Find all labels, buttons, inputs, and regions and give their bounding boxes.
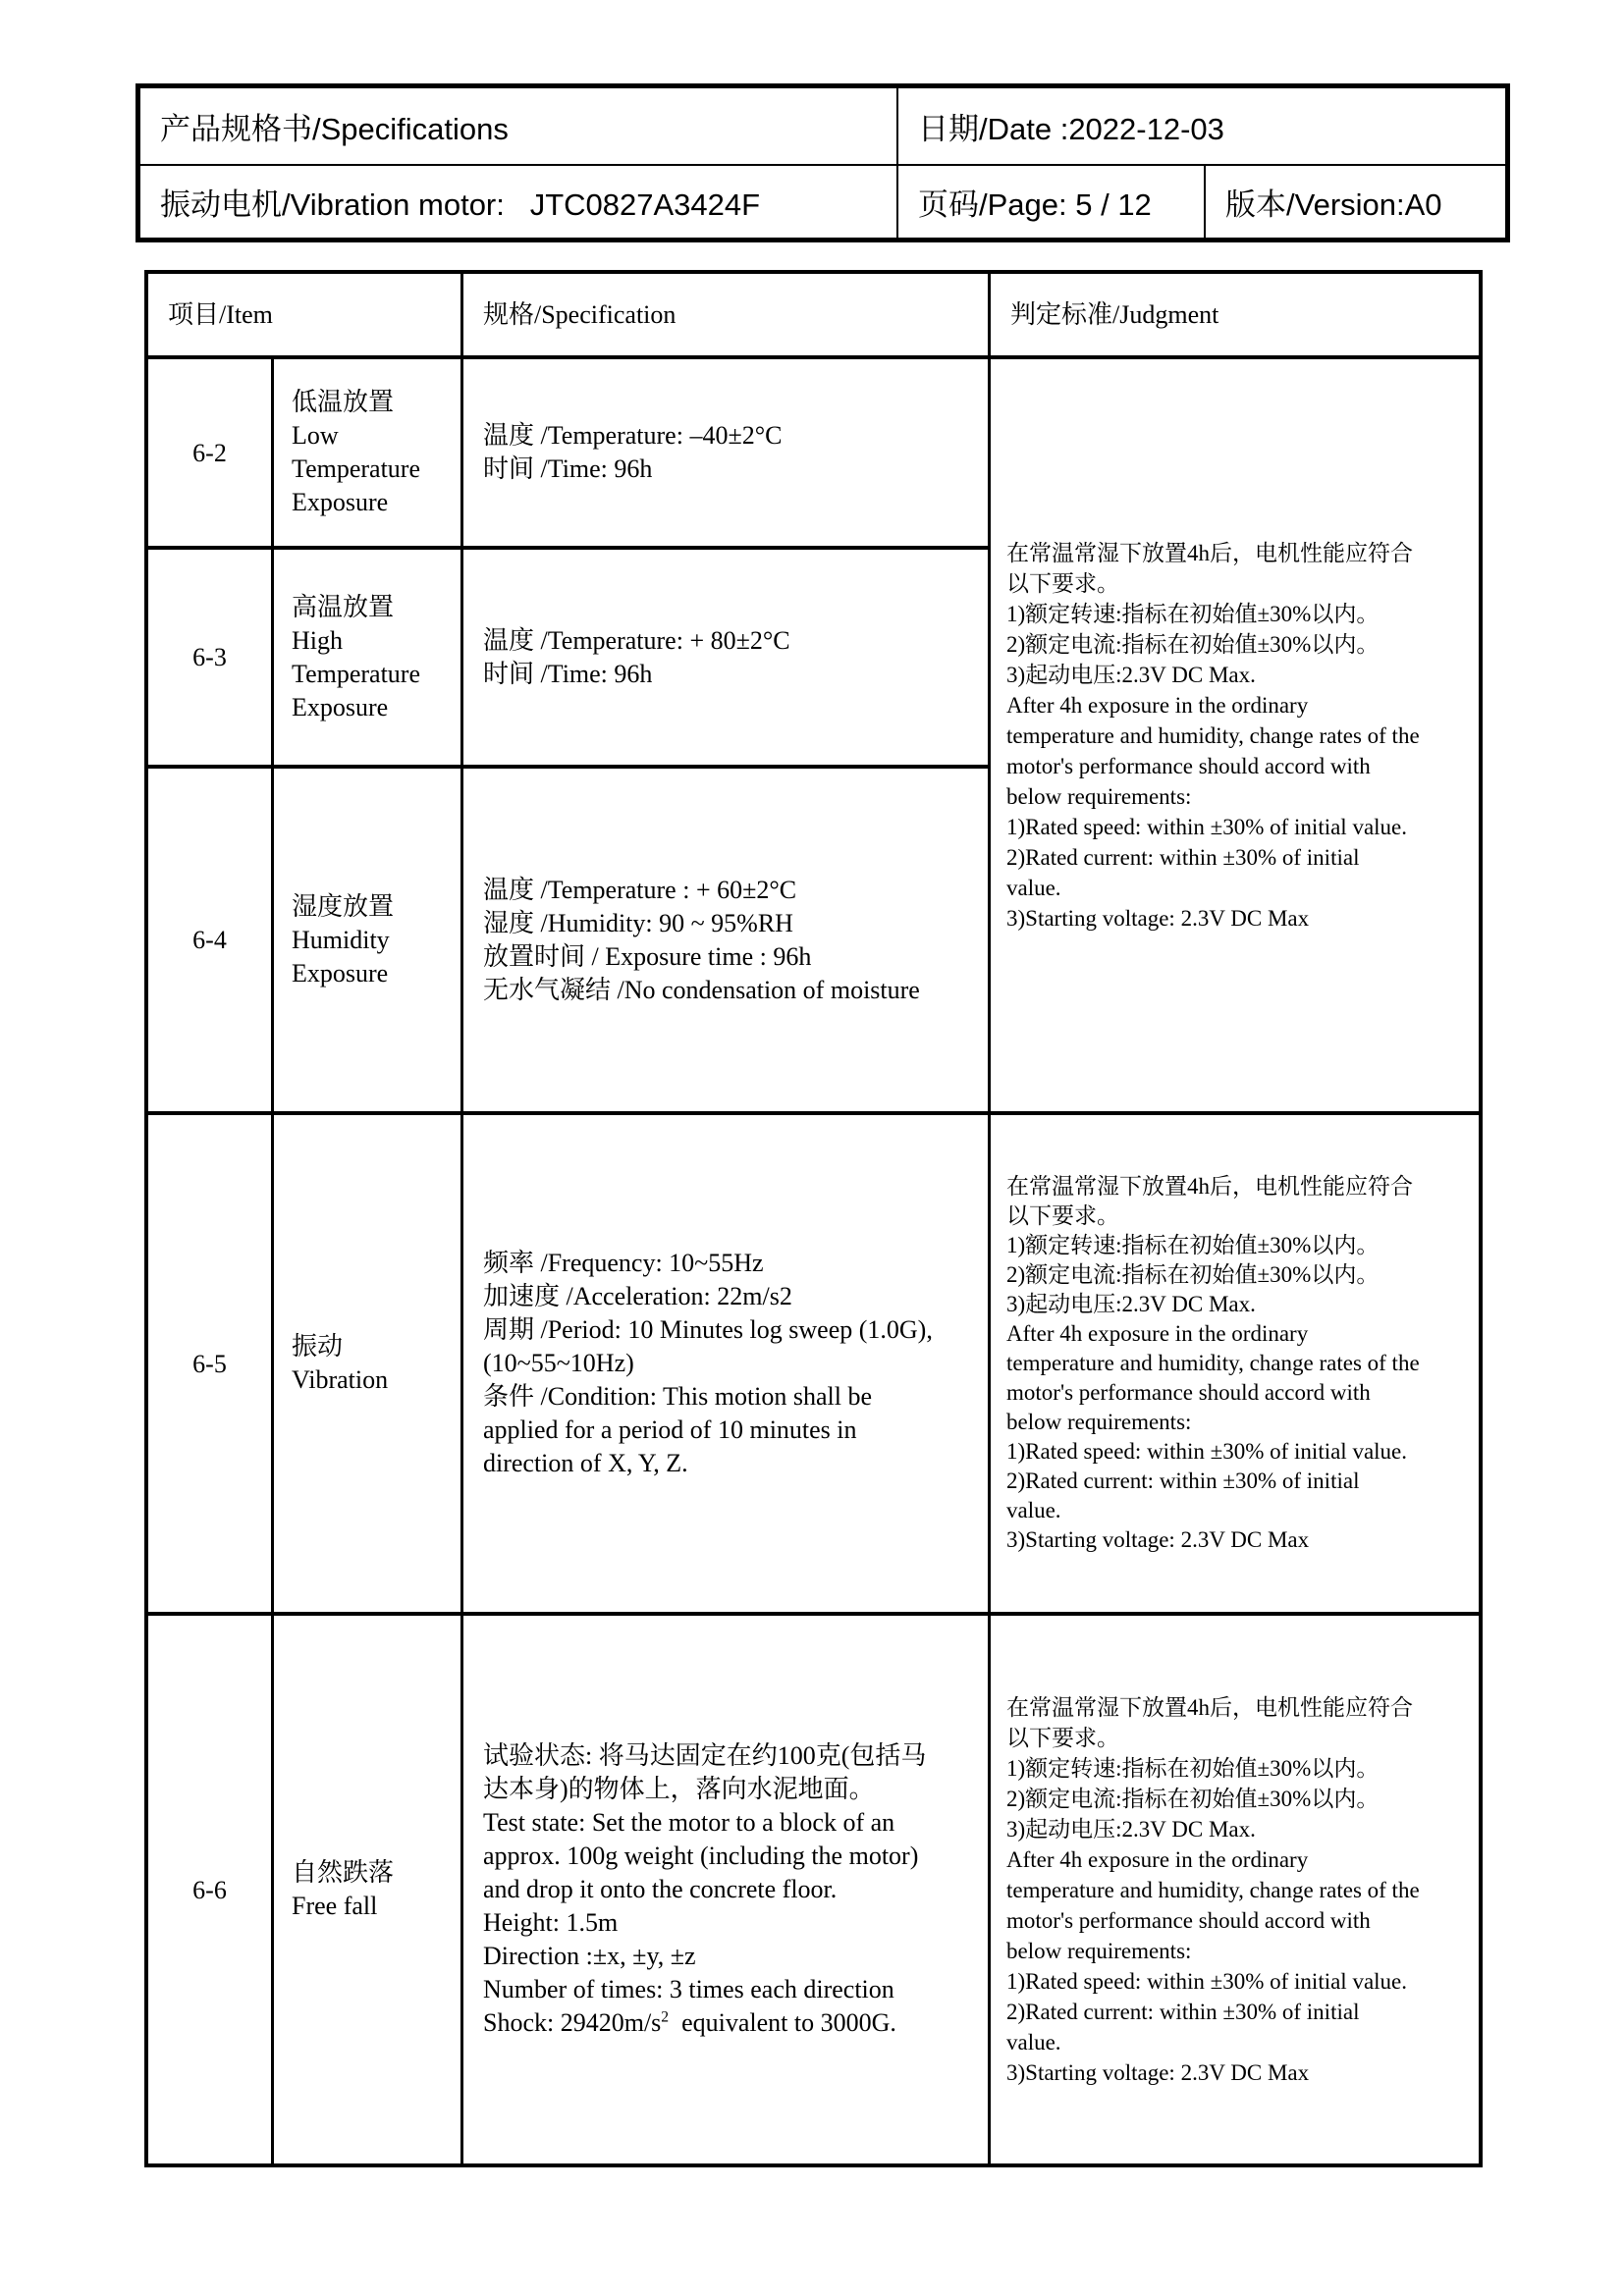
- judgment-line: 2)额定电流:指标在初始值±30%以内。: [1006, 1260, 1473, 1290]
- judgment-line: 以下要求。: [1006, 568, 1473, 599]
- spec-line: and drop it onto the concrete floor.: [483, 1873, 982, 1906]
- item-number: 6-4: [148, 769, 271, 1111]
- item-name-line: 振动: [292, 1330, 460, 1363]
- judgment-line: below requirements:: [1006, 1408, 1473, 1437]
- spec-line: 周期 /Period: 10 Minutes log sweep (1.0G),: [483, 1313, 982, 1347]
- judgment-line: temperature and humidity, change rates o…: [1006, 1349, 1473, 1378]
- judgment-criteria: 在常温常湿下放置4h后，电机性能应符合 以下要求。 1)额定转速:指标在初始值±…: [991, 1616, 1479, 2163]
- item-name-line: Exposure: [292, 957, 460, 990]
- judgment-line: 1)额定转速:指标在初始值±30%以内。: [1006, 1753, 1473, 1784]
- judgment-criteria: 在常温常湿下放置4h后，电机性能应符合 以下要求。 1)额定转速:指标在初始值±…: [991, 359, 1479, 1111]
- spec-line: 试验状态: 将马达固定在约100克(包括马: [483, 1739, 982, 1773]
- spec-line: Direction :±x, ±y, ±z: [483, 1940, 982, 1973]
- spec-line: 加速度 /Acceleration: 22m/s2: [483, 1280, 982, 1313]
- judgment-line: 3)起动电压:2.3V DC Max.: [1006, 1290, 1473, 1319]
- judgment-line: temperature and humidity, change rates o…: [1006, 721, 1473, 751]
- judgment-line: 2)Rated current: within ±30% of initial: [1006, 1997, 1473, 2027]
- spec-line: Height: 1.5m: [483, 1906, 982, 1940]
- judgment-line: 2)额定电流:指标在初始值±30%以内。: [1006, 1784, 1473, 1814]
- judgment-line: below requirements:: [1006, 781, 1473, 812]
- item-name-line: 自然跌落: [292, 1856, 460, 1890]
- product-model: 振动电机/Vibration motor: JTC0827A3424F: [140, 164, 896, 238]
- spec-line: (10~55~10Hz): [483, 1347, 982, 1380]
- judgment-line: 3)Starting voltage: 2.3V DC Max: [1006, 1525, 1473, 1555]
- column-header-judgment: 判定标准/Judgment: [991, 274, 1479, 355]
- item-number: 6-3: [148, 550, 271, 765]
- judgment-criteria: 在常温常湿下放置4h后，电机性能应符合 以下要求。 1)额定转速:指标在初始值±…: [991, 1115, 1479, 1612]
- item-name-line: 湿度放置: [292, 890, 460, 924]
- spec-line: approx. 100g weight (including the motor…: [483, 1840, 982, 1873]
- spec-line: 放置时间 / Exposure time : 96h: [483, 940, 982, 974]
- judgment-line: 以下要求。: [1006, 1723, 1473, 1753]
- judgment-line: 3)Starting voltage: 2.3V DC Max: [1006, 2057, 1473, 2088]
- item-specification: 频率 /Frequency: 10~55Hz 加速度 /Acceleration…: [463, 1115, 988, 1612]
- judgment-line: 1)额定转速:指标在初始值±30%以内。: [1006, 599, 1473, 629]
- item-name: 振动 Vibration: [274, 1115, 460, 1612]
- spec-line: 条件 /Condition: This motion shall be: [483, 1380, 982, 1414]
- judgment-line: 1)Rated speed: within ±30% of initial va…: [1006, 1437, 1473, 1467]
- judgment-line: motor's performance should accord with: [1006, 1378, 1473, 1408]
- judgment-line: 2)额定电流:指标在初始值±30%以内。: [1006, 629, 1473, 660]
- judgment-line: 1)Rated speed: within ±30% of initial va…: [1006, 812, 1473, 842]
- judgment-line: value.: [1006, 2027, 1473, 2057]
- item-name-line: Low: [292, 419, 460, 453]
- judgment-line: 2)Rated current: within ±30% of initial: [1006, 842, 1473, 873]
- item-specification: 温度 /Temperature: –40±2°C 时间 /Time: 96h: [463, 359, 988, 546]
- item-name-line: Free fall: [292, 1890, 460, 1923]
- item-name-line: 高温放置: [292, 591, 460, 624]
- judgment-line: 3)Starting voltage: 2.3V DC Max: [1006, 903, 1473, 934]
- item-number: 6-2: [148, 359, 271, 546]
- judgment-line: value.: [1006, 873, 1473, 903]
- judgment-line: 以下要求。: [1006, 1201, 1473, 1231]
- spec-line: Number of times: 3 times each direction: [483, 1973, 982, 2006]
- document-title: 产品规格书/Specifications: [140, 88, 896, 164]
- document-date: 日期/Date :2022-12-03: [896, 88, 1505, 164]
- item-number: 6-6: [148, 1616, 271, 2163]
- spec-line: applied for a period of 10 minutes in: [483, 1414, 982, 1447]
- spec-line: 温度 /Temperature: –40±2°C: [483, 419, 982, 453]
- judgment-line: 在常温常湿下放置4h后，电机性能应符合: [1006, 538, 1473, 568]
- judgment-line: 1)Rated speed: within ±30% of initial va…: [1006, 1966, 1473, 1997]
- item-specification: 温度 /Temperature: + 80±2°C 时间 /Time: 96h: [463, 550, 988, 765]
- spec-line: 时间 /Time: 96h: [483, 453, 982, 486]
- superscript-exponent: 2: [661, 2008, 669, 2025]
- spec-line: 无水气凝结 /No condensation of moisture: [483, 974, 982, 1007]
- spec-line: direction of X, Y, Z.: [483, 1447, 982, 1480]
- item-specification: 温度 /Temperature : + 60±2°C 湿度 /Humidity:…: [463, 769, 988, 1111]
- item-number: 6-5: [148, 1115, 271, 1612]
- shock-value: Shock: 29420m/s: [483, 2008, 661, 2037]
- judgment-line: motor's performance should accord with: [1006, 751, 1473, 781]
- spec-line: 温度 /Temperature: + 80±2°C: [483, 624, 982, 658]
- judgment-line: After 4h exposure in the ordinary: [1006, 1844, 1473, 1875]
- item-name: 自然跌落 Free fall: [274, 1616, 460, 2163]
- document-version: 版本/Version:A0: [1204, 164, 1505, 238]
- spec-line: 达本身)的物体上，落向水泥地面。: [483, 1773, 982, 1806]
- item-name-line: Exposure: [292, 486, 460, 519]
- judgment-line: 3)起动电压:2.3V DC Max.: [1006, 660, 1473, 690]
- item-name-line: 低温放置: [292, 386, 460, 419]
- item-name-line: Vibration: [292, 1363, 460, 1397]
- judgment-line: value.: [1006, 1496, 1473, 1525]
- item-name-line: Exposure: [292, 691, 460, 724]
- judgment-line: temperature and humidity, change rates o…: [1006, 1875, 1473, 1905]
- specification-table: 项目/Item 规格/Specification 判定标准/Judgment 6…: [144, 270, 1483, 2167]
- spec-line: 时间 /Time: 96h: [483, 658, 982, 691]
- judgment-line: After 4h exposure in the ordinary: [1006, 690, 1473, 721]
- item-name-line: Temperature: [292, 453, 460, 486]
- item-name: 湿度放置 Humidity Exposure: [274, 769, 460, 1111]
- item-specification: 试验状态: 将马达固定在约100克(包括马 达本身)的物体上，落向水泥地面。 T…: [463, 1616, 988, 2163]
- item-name: 高温放置 High Temperature Exposure: [274, 550, 460, 765]
- judgment-line: After 4h exposure in the ordinary: [1006, 1319, 1473, 1349]
- judgment-line: 2)Rated current: within ±30% of initial: [1006, 1467, 1473, 1496]
- spec-line: Test state: Set the motor to a block of …: [483, 1806, 982, 1840]
- spec-line: 频率 /Frequency: 10~55Hz: [483, 1247, 982, 1280]
- judgment-line: 3)起动电压:2.3V DC Max.: [1006, 1814, 1473, 1844]
- item-name-line: High: [292, 624, 460, 658]
- spec-line: 湿度 /Humidity: 90 ~ 95%RH: [483, 907, 982, 940]
- judgment-line: 在常温常湿下放置4h后，电机性能应符合: [1006, 1692, 1473, 1723]
- item-name: 低温放置 Low Temperature Exposure: [274, 359, 460, 546]
- shock-equivalent: equivalent to 3000G.: [681, 2008, 896, 2037]
- column-header-specification: 规格/Specification: [463, 274, 988, 355]
- document-header: 产品规格书/Specifications 日期/Date :2022-12-03…: [135, 83, 1510, 242]
- page-number: 页码/Page: 5 / 12: [896, 164, 1204, 238]
- judgment-line: 1)额定转速:指标在初始值±30%以内。: [1006, 1231, 1473, 1260]
- item-name-line: Humidity: [292, 924, 460, 957]
- judgment-line: below requirements:: [1006, 1936, 1473, 1966]
- judgment-line: 在常温常湿下放置4h后，电机性能应符合: [1006, 1172, 1473, 1201]
- spec-line: 温度 /Temperature : + 60±2°C: [483, 874, 982, 907]
- item-name-line: Temperature: [292, 658, 460, 691]
- judgment-line: motor's performance should accord with: [1006, 1905, 1473, 1936]
- spec-line-shock: Shock: 29420m/s2 equivalent to 3000G.: [483, 2006, 982, 2040]
- column-header-item: 项目/Item: [148, 274, 460, 355]
